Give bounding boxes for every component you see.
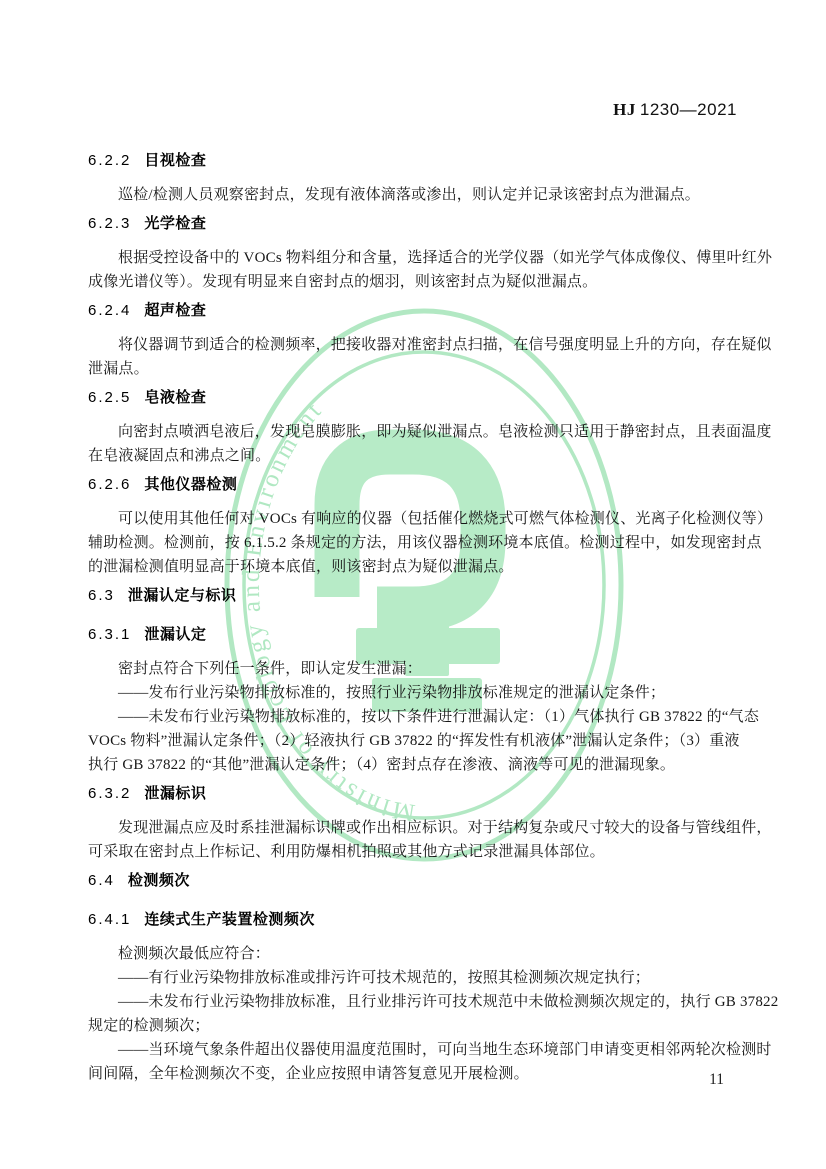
text-line: 间间隔，全年检测频次不变，企业应按照申请答复意见开展检测。 [88,1062,740,1086]
section-title: 检测频次 [128,872,190,889]
section-number: 6.4 [88,872,115,889]
section-heading-6.3: 6.3泄漏认定与标识 [88,587,740,604]
content: 6.2.2目视检查巡检/检测人员观察密封点，发现有液体滴落或渗出，则认定并记录该… [88,144,740,1086]
text-line: 泄漏点。 [88,357,740,381]
text-line: 可以使用其他任何对 VOCs 有响应的仪器（包括催化燃烧式可燃气体检测仪、光离子… [88,507,740,531]
text-line: 将仪器调节到适合的检测频率，把接收器对准密封点扫描，在信号强度明显上升的方向，存… [88,333,740,357]
section-number: 6.3.1 [88,626,131,643]
text-line: 辅助检测。检测前，按 6.1.5.2 条规定的方法，用该仪器检测环境本底值。检测… [88,531,740,555]
page-number: 11 [709,1071,724,1089]
section-heading-6.4: 6.4检测频次 [88,872,740,889]
text-line: 规定的检测频次； [88,1014,740,1038]
section-title: 超声检查 [144,302,206,319]
paragraph: 密封点符合下列任一条件，即认定发生泄漏：——发布行业污染物排放标准的，按照行业污… [88,657,740,777]
standard-code-number: 1230—2021 [640,100,737,119]
paragraph: 向密封点喷洒皂液后，发现皂膜膨胀，即为疑似泄漏点。皂液检测只适用于静密封点，且表… [88,420,740,468]
paragraph: 将仪器调节到适合的检测频率，把接收器对准密封点扫描，在信号强度明显上升的方向，存… [88,333,740,381]
section-number: 6.4.1 [88,911,131,928]
paragraph: 检测频次最低应符合：——有行业污染物排放标准或排污许可技术规范的，按照其检测频次… [88,942,740,1086]
section-heading-6.2.3: 6.2.3光学检查 [88,215,740,232]
text-line: 检测频次最低应符合： [88,942,740,966]
standard-code-prefix: HJ [613,100,636,119]
text-line: 根据受控设备中的 VOCs 物料组分和含量，选择适合的光学仪器（如光学气体成像仪… [88,246,740,270]
section-number: 6.3.2 [88,785,131,802]
section-heading-6.2.4: 6.2.4超声检查 [88,302,740,319]
section-title: 其他仪器检测 [144,476,237,493]
section-title: 泄漏标识 [144,785,206,802]
section-heading-6.3.1: 6.3.1泄漏认定 [88,626,740,643]
text-line: ——有行业污染物排放标准或排污许可技术规范的，按照其检测频次规定执行； [88,966,740,990]
text-line: 在皂液凝固点和沸点之间。 [88,444,740,468]
section-number: 6.2.3 [88,215,131,232]
section-heading-6.2.5: 6.2.5皂液检查 [88,389,740,406]
text-line: VOCs 物料”泄漏认定条件；（2）轻液执行 GB 37822 的“挥发性有机液… [88,729,740,753]
section-heading-6.4.1: 6.4.1连续式生产装置检测频次 [88,911,740,928]
section-title: 泄漏认定 [144,626,206,643]
text-line: ——当环境气象条件超出仪器使用温度范围时，可向当地生态环境部门申请变更相邻两轮次… [88,1038,740,1062]
text-line: 执行 GB 37822 的“其他”泄漏认定条件；（4）密封点存在渗液、滴液等可见… [88,753,740,777]
text-line: 可采取在密封点上作标记、利用防爆相机拍照或其他方式记录泄漏具体部位。 [88,840,740,864]
text-line: 巡检/检测人员观察密封点，发现有液体滴落或渗出，则认定并记录该密封点为泄漏点。 [88,183,740,207]
paragraph: 发现泄漏点应及时系挂泄漏标识牌或作出相应标识。对于结构复杂或尺寸较大的设备与管线… [88,816,740,864]
section-title: 泄漏认定与标识 [128,587,237,604]
section-title: 连续式生产装置检测频次 [144,911,315,928]
section-heading-6.2.6: 6.2.6其他仪器检测 [88,476,740,493]
section-number: 6.2.6 [88,476,131,493]
section-number: 6.3 [88,587,115,604]
paragraph: 根据受控设备中的 VOCs 物料组分和含量，选择适合的光学仪器（如光学气体成像仪… [88,246,740,294]
text-line: 发现泄漏点应及时系挂泄漏标识牌或作出相应标识。对于结构复杂或尺寸较大的设备与管线… [88,816,740,840]
paragraph: 巡检/检测人员观察密封点，发现有液体滴落或渗出，则认定并记录该密封点为泄漏点。 [88,183,740,207]
document-page: Ministry of Ecology and Environment HJ 1… [0,0,826,1169]
section-heading-6.3.2: 6.3.2泄漏标识 [88,785,740,802]
paragraph: 可以使用其他任何对 VOCs 有响应的仪器（包括催化燃烧式可燃气体检测仪、光离子… [88,507,740,579]
section-number: 6.2.2 [88,152,131,169]
section-title: 光学检查 [144,215,206,232]
text-line: 密封点符合下列任一条件，即认定发生泄漏： [88,657,740,681]
text-line: 的泄漏检测值明显高于环境本底值，则该密封点为疑似泄漏点。 [88,555,740,579]
text-line: ——发布行业污染物排放标准的，按照行业污染物排放标准规定的泄漏认定条件； [88,681,740,705]
document-code-header: HJ 1230—2021 [613,100,737,120]
section-title: 皂液检查 [144,389,206,406]
text-line: ——未发布行业污染物排放标准，且行业排污许可技术规范中未做检测频次规定的，执行 … [88,990,740,1014]
text-line: ——未发布行业污染物排放标准的，按以下条件进行泄漏认定：（1）气体执行 GB 3… [88,705,740,729]
section-number: 6.2.4 [88,302,131,319]
text-line: 成像光谱仪等）。发现有明显来自密封点的烟羽，则该密封点为疑似泄漏点。 [88,270,740,294]
section-title: 目视检查 [144,152,206,169]
section-heading-6.2.2: 6.2.2目视检查 [88,152,740,169]
text-line: 向密封点喷洒皂液后，发现皂膜膨胀，即为疑似泄漏点。皂液检测只适用于静密封点，且表… [88,420,740,444]
section-number: 6.2.5 [88,389,131,406]
